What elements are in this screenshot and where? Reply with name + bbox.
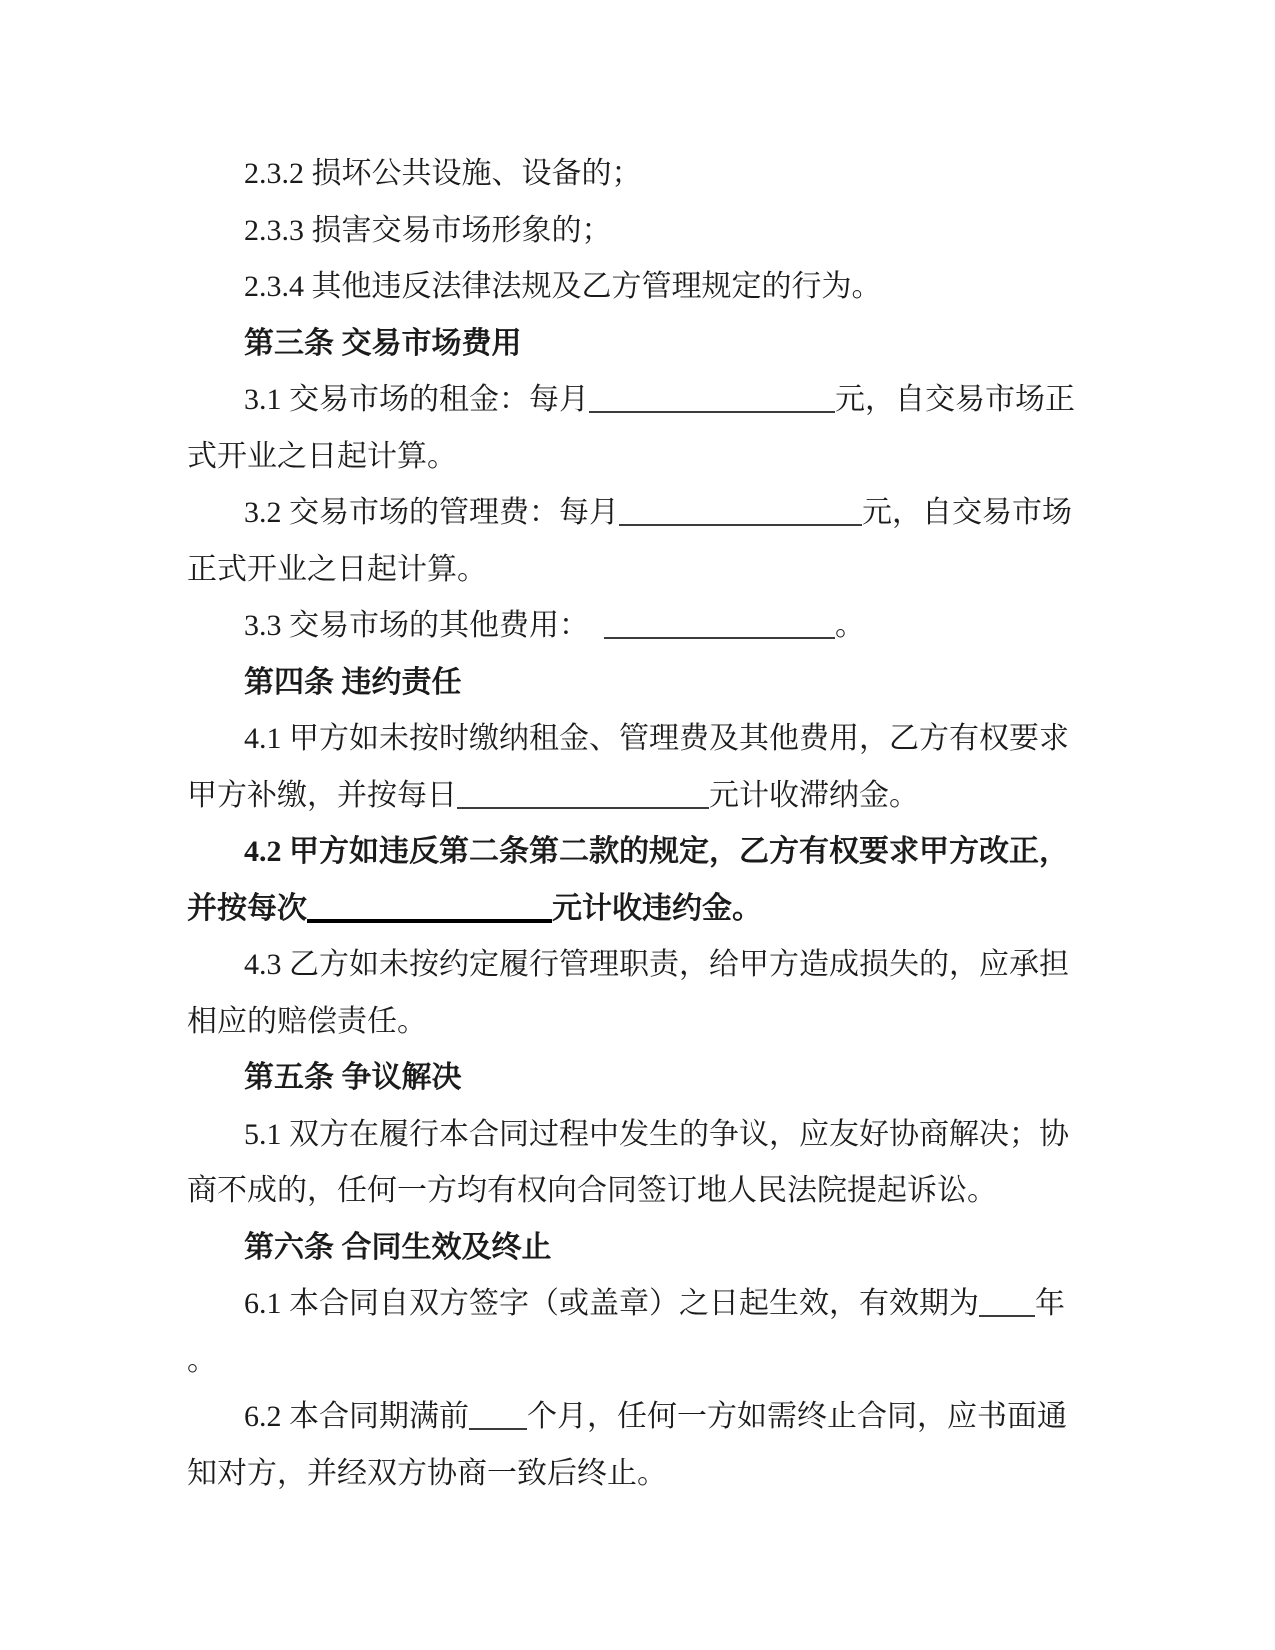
clause-4-2-line-1: 4.2 甲方如违反第二条第二款的规定，乙方有权要求甲方改正， <box>187 824 1075 881</box>
fill-in-blank-penalty-amount <box>307 919 552 923</box>
clause-3-1-line-2: 式开业之日起计算。 <box>187 429 1075 486</box>
clause-4-3-line-2: 相应的赔偿责任。 <box>187 994 1075 1051</box>
clause-text: 。 <box>835 609 865 642</box>
clause-text: 。 <box>187 1344 217 1377</box>
clause-text: 5.1 双方在履行本合同过程中发生的争议，应友好协商解决；协 <box>244 1118 1069 1151</box>
heading-article-3: 第三条 交易市场费用 <box>187 316 1075 373</box>
clause-text: 元，自交易市场正 <box>835 383 1075 416</box>
clause-4-3-line-1: 4.3 乙方如未按约定履行管理职责，给甲方造成损失的，应承担 <box>187 937 1075 994</box>
heading-article-5: 第五条 争议解决 <box>187 1050 1075 1107</box>
clause-text: 并按每次 <box>187 892 307 925</box>
fill-in-blank-rent-amount <box>589 411 835 413</box>
clause-text: 4.2 甲方如违反第二条第二款的规定，乙方有权要求甲方改正， <box>244 835 1069 868</box>
clause-text: 6.1 本合同自双方签字（或盖章）之日起生效，有效期为 <box>244 1287 979 1320</box>
clause-4-2-line-2: 并按每次元计收违约金。 <box>187 881 1075 938</box>
clause-4-1-line-2: 甲方补缴，并按每日元计收滞纳金。 <box>187 768 1075 825</box>
clause-3-3: 3.3 交易市场的其他费用： 。 <box>187 598 1075 655</box>
clause-6-1-line-2: 。 <box>187 1333 1075 1390</box>
clause-3-2-line-1: 3.2 交易市场的管理费：每月元，自交易市场 <box>187 485 1075 542</box>
clause-2-3-3: 2.3.3 损害交易市场形象的； <box>187 203 1075 260</box>
clause-text: 4.3 乙方如未按约定履行管理职责，给甲方造成损失的，应承担 <box>244 948 1069 981</box>
clause-text: 2.3.3 损害交易市场形象的； <box>244 214 612 247</box>
heading-text: 第五条 争议解决 <box>244 1061 462 1094</box>
clause-text: 3.3 交易市场的其他费用： <box>244 609 604 642</box>
clause-2-3-4: 2.3.4 其他违反法律法规及乙方管理规定的行为。 <box>187 259 1075 316</box>
clause-6-2-line-1: 6.2 本合同期满前个月，任何一方如需终止合同，应书面通 <box>187 1389 1075 1446</box>
clause-text: 6.2 本合同期满前 <box>244 1400 469 1433</box>
clause-text: 正式开业之日起计算。 <box>187 553 487 586</box>
fill-in-blank-late-fee <box>457 807 709 809</box>
clause-text: 元计收违约金。 <box>552 892 762 925</box>
clause-text: 2.3.2 损坏公共设施、设备的； <box>244 157 642 190</box>
heading-article-6: 第六条 合同生效及终止 <box>187 1220 1075 1277</box>
contract-page: 2.3.2 损坏公共设施、设备的； 2.3.3 损害交易市场形象的； 2.3.4… <box>187 146 1075 1502</box>
fill-in-blank-management-fee <box>619 524 862 526</box>
clause-3-2-line-2: 正式开业之日起计算。 <box>187 542 1075 599</box>
clause-text: 甲方补缴，并按每日 <box>187 779 457 812</box>
clause-5-1-line-1: 5.1 双方在履行本合同过程中发生的争议，应友好协商解决；协 <box>187 1107 1075 1164</box>
clause-text: 3.1 交易市场的租金：每月 <box>244 383 589 416</box>
heading-text: 第三条 交易市场费用 <box>244 327 522 360</box>
clause-text: 商不成的，任何一方均有权向合同签订地人民法院提起诉讼。 <box>187 1174 997 1207</box>
clause-4-1-line-1: 4.1 甲方如未按时缴纳租金、管理费及其他费用，乙方有权要求 <box>187 711 1075 768</box>
clause-text: 知对方，并经双方协商一致后终止。 <box>187 1457 667 1490</box>
clause-text: 年 <box>1035 1287 1065 1320</box>
fill-in-blank-notice-months <box>469 1428 527 1430</box>
heading-text: 第六条 合同生效及终止 <box>244 1231 552 1264</box>
clause-3-1-line-1: 3.1 交易市场的租金：每月元，自交易市场正 <box>187 372 1075 429</box>
clause-text: 相应的赔偿责任。 <box>187 1005 427 1038</box>
clause-text: 2.3.4 其他违反法律法规及乙方管理规定的行为。 <box>244 270 882 303</box>
clause-text: 3.2 交易市场的管理费：每月 <box>244 496 619 529</box>
fill-in-blank-other-fees <box>604 637 835 639</box>
clause-text: 式开业之日起计算。 <box>187 440 457 473</box>
clause-text: 个月，任何一方如需终止合同，应书面通 <box>527 1400 1067 1433</box>
clause-5-1-line-2: 商不成的，任何一方均有权向合同签订地人民法院提起诉讼。 <box>187 1163 1075 1220</box>
heading-article-4: 第四条 违约责任 <box>187 655 1075 712</box>
clause-text: 元计收滞纳金。 <box>709 779 919 812</box>
clause-6-1-line-1: 6.1 本合同自双方签字（或盖章）之日起生效，有效期为年 <box>187 1276 1075 1333</box>
fill-in-blank-validity-years <box>979 1315 1035 1317</box>
heading-text: 第四条 违约责任 <box>244 666 462 699</box>
clause-2-3-2: 2.3.2 损坏公共设施、设备的； <box>187 146 1075 203</box>
clause-6-2-line-2: 知对方，并经双方协商一致后终止。 <box>187 1446 1075 1503</box>
clause-text: 元，自交易市场 <box>862 496 1072 529</box>
clause-text: 4.1 甲方如未按时缴纳租金、管理费及其他费用，乙方有权要求 <box>244 722 1069 755</box>
